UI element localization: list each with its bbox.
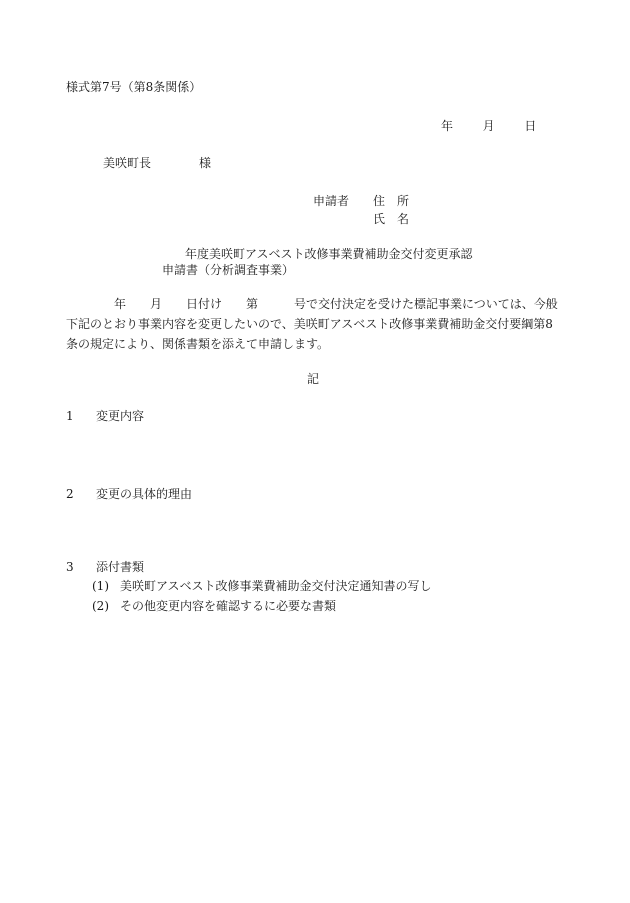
address-label: 住 所 xyxy=(373,194,409,208)
body-paragraph: 年 月 日付け 第 号で交付決定を受けた標記事業については、今般 下記のとおり事… xyxy=(66,294,556,354)
attachment-2: (2)その他変更内容を確認するに必要な書類 xyxy=(92,598,336,614)
body-line-1: 年 月 日付け 第 号で交付決定を受けた標記事業については、今般 xyxy=(66,294,556,314)
document-title-line2: 申請書（分析調査事業） xyxy=(162,262,294,278)
addressee: 美咲町長様 xyxy=(103,155,211,171)
ki-heading: 記 xyxy=(307,371,319,387)
body-line-2: 下記のとおり事業内容を変更したいので、美咲町アスベスト改修事業費補助金交付要綱第… xyxy=(66,314,556,334)
date-day: 日 xyxy=(524,118,536,134)
addressee-name: 美咲町長 xyxy=(103,156,151,170)
date-line: 年 月 日 xyxy=(441,118,536,134)
item-change-content: 1変更内容 xyxy=(66,408,144,424)
body-line-3: 条の規定により、関係書類を添えて申請します。 xyxy=(66,334,556,354)
applicant-label: 申請者 xyxy=(313,193,373,209)
item-change-reason: 2変更の具体的理由 xyxy=(66,486,192,502)
addressee-honorific: 様 xyxy=(199,156,211,170)
name-label: 氏 名 xyxy=(373,212,409,226)
attachment-1: (1)美咲町アスベスト改修事業費補助金交付決定通知書の写し xyxy=(92,578,432,594)
date-year: 年 xyxy=(441,118,453,134)
applicant-block: 申請者住 所 氏 名 xyxy=(313,193,409,229)
date-month: 月 xyxy=(483,118,495,134)
item-attachments: 3添付書類 xyxy=(66,559,144,575)
form-number: 様式第7号（第8条関係） xyxy=(66,79,201,95)
document-title-line1: 年度美咲町アスベスト改修事業費補助金交付変更承認 xyxy=(185,246,473,262)
